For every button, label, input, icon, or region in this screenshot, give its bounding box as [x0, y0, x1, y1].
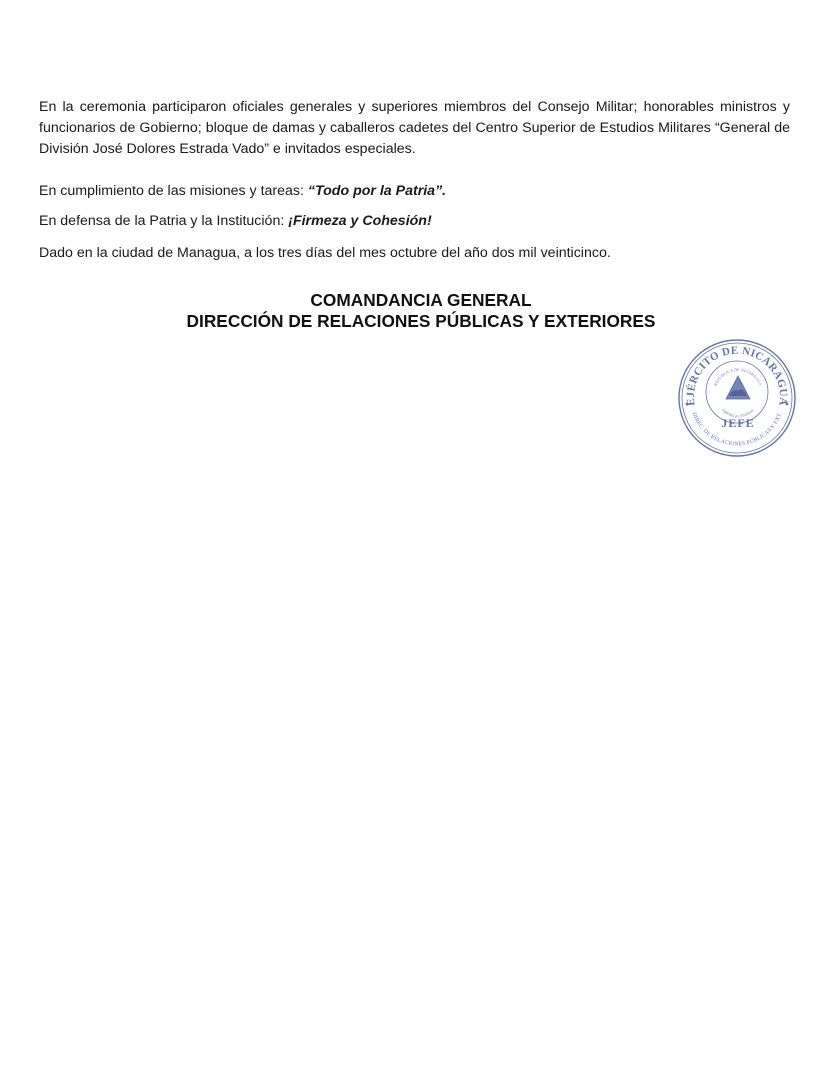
document-page: En la ceremonia participaron oficiales g…	[0, 0, 825, 1068]
participants-paragraph: En la ceremonia participaron oficiales g…	[39, 97, 790, 160]
seal-icon: EJÉRCITO DE NICARAGUA DIREC. DE RELACION…	[675, 336, 799, 460]
defense-motto: ¡Firmeza y Cohesión!	[288, 213, 431, 229]
date-line: Dado en la ciudad de Managua, a los tres…	[39, 243, 790, 264]
mission-paragraph: En cumplimiento de las misiones y tareas…	[39, 181, 790, 202]
seal-center-label: JEFE	[721, 416, 754, 430]
mission-motto: “Todo por la Patria”.	[308, 183, 446, 199]
official-seal-stamp: EJÉRCITO DE NICARAGUA DIREC. DE RELACION…	[675, 336, 799, 460]
signature-block: COMANDANCIA GENERAL DIRECCIÓN DE RELACIO…	[0, 290, 825, 332]
signature-line-1: COMANDANCIA GENERAL	[0, 290, 825, 311]
defense-paragraph: En defensa de la Patria y la Institución…	[39, 211, 790, 232]
defense-prefix: En defensa de la Patria y la Institución…	[39, 213, 288, 229]
mission-prefix: En cumplimiento de las misiones y tareas…	[39, 183, 308, 199]
signature-line-2: DIRECCIÓN DE RELACIONES PÚBLICAS Y EXTER…	[0, 311, 825, 332]
